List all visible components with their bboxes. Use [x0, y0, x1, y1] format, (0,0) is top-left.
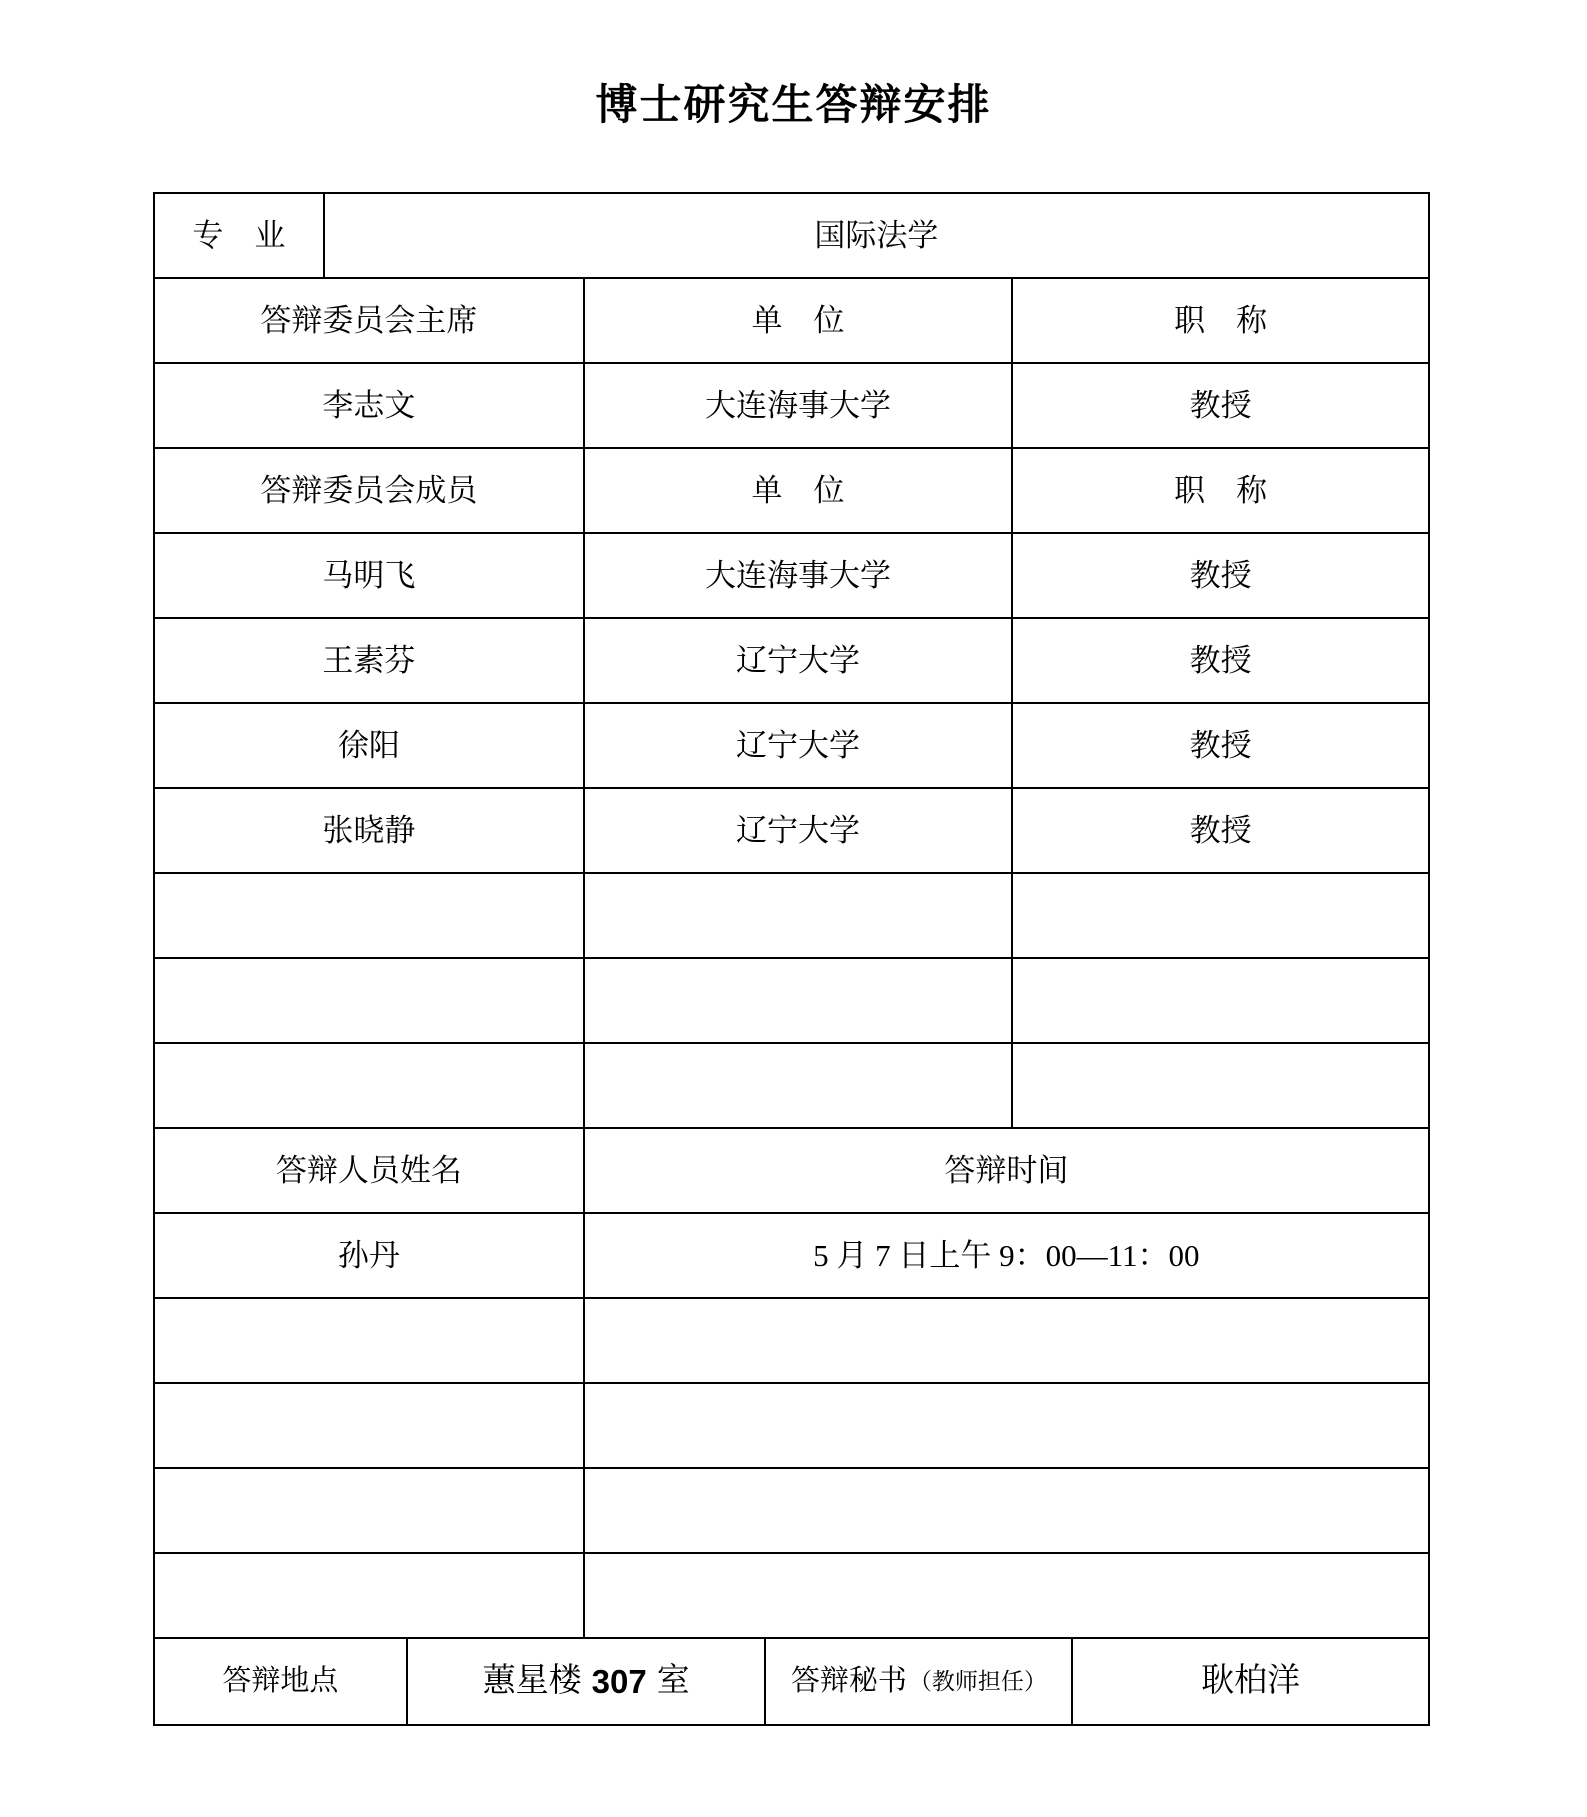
defense-name-cell	[155, 1469, 585, 1554]
title-cell: 教授	[1013, 704, 1430, 789]
title-header-cell: 职 称	[1013, 279, 1430, 364]
defense-row-empty	[155, 1469, 1430, 1554]
member-row-empty	[155, 959, 1430, 1044]
name-cell: 马明飞	[155, 534, 585, 619]
member-row: 张晓静 辽宁大学 教授	[155, 789, 1430, 874]
secretary-label: 答辩秘书	[791, 1664, 907, 1699]
defense-name-cell	[155, 1554, 585, 1639]
member-row: 马明飞 大连海事大学 教授	[155, 534, 1430, 619]
name-cell	[155, 874, 585, 959]
defense-time-header-cell: 答辩时间	[585, 1129, 1430, 1214]
defense-name-cell	[155, 1299, 585, 1384]
location-room-number: 307	[592, 1662, 647, 1702]
secretary-name-cell: 耿柏洋	[1073, 1639, 1430, 1726]
defense-time-cell	[585, 1384, 1430, 1469]
defense-row-empty	[155, 1299, 1430, 1384]
name-cell: 徐阳	[155, 704, 585, 789]
secretary-label-cell: 答辩秘书 （教师担任）	[766, 1639, 1073, 1726]
title-cell	[1013, 959, 1430, 1044]
location-value-cell: 蕙星楼 307 室	[408, 1639, 767, 1726]
title-cell: 教授	[1013, 619, 1430, 704]
defense-header-row: 答辩人员姓名 答辩时间	[155, 1129, 1430, 1214]
defense-time-cell: 5 月 7 日上午 9：00—11：00	[585, 1214, 1430, 1299]
member-row-empty	[155, 874, 1430, 959]
major-row: 专 业 国际法学	[155, 194, 1430, 279]
chair-row: 李志文 大连海事大学 教授	[155, 364, 1430, 449]
unit-cell: 大连海事大学	[585, 364, 1014, 449]
document-page: 博士研究生答辩安排 专 业 国际法学 答辩委员会主席 单 位 职 称 李志文 大…	[0, 0, 1587, 1817]
member-role-header-cell: 答辩委员会成员	[155, 449, 585, 534]
name-cell: 王素芬	[155, 619, 585, 704]
unit-cell: 辽宁大学	[585, 619, 1014, 704]
major-value-cell: 国际法学	[325, 194, 1430, 279]
defense-row-empty	[155, 1554, 1430, 1639]
defense-arrangement-table: 专 业 国际法学 答辩委员会主席 单 位 职 称 李志文 大连海事大学 教授 答…	[153, 192, 1430, 1726]
location-room-suffix: 室	[657, 1662, 690, 1702]
defense-name-cell	[155, 1384, 585, 1469]
title-header-cell: 职 称	[1013, 449, 1430, 534]
title-cell	[1013, 874, 1430, 959]
name-cell	[155, 1044, 585, 1129]
secretary-note: （教师担任）	[909, 1668, 1047, 1696]
title-cell	[1013, 1044, 1430, 1129]
name-cell	[155, 959, 585, 1044]
member-row-empty	[155, 1044, 1430, 1129]
defense-name-header-cell: 答辩人员姓名	[155, 1129, 585, 1214]
member-row: 徐阳 辽宁大学 教授	[155, 704, 1430, 789]
unit-cell	[585, 874, 1014, 959]
defense-name-cell: 孙丹	[155, 1214, 585, 1299]
location-building: 蕙星楼	[483, 1662, 582, 1702]
defense-time-cell	[585, 1554, 1430, 1639]
unit-header-cell: 单 位	[585, 449, 1014, 534]
chair-role-header-cell: 答辩委员会主席	[155, 279, 585, 364]
title-cell: 教授	[1013, 364, 1430, 449]
location-label-cell: 答辩地点	[155, 1639, 408, 1726]
title-cell: 教授	[1013, 789, 1430, 874]
title-cell: 教授	[1013, 534, 1430, 619]
page-title: 博士研究生答辩安排	[0, 0, 1587, 132]
unit-header-cell: 单 位	[585, 279, 1014, 364]
unit-cell	[585, 1044, 1014, 1129]
name-cell: 李志文	[155, 364, 585, 449]
member-header-row: 答辩委员会成员 单 位 职 称	[155, 449, 1430, 534]
defense-row-empty	[155, 1384, 1430, 1469]
member-row: 王素芬 辽宁大学 教授	[155, 619, 1430, 704]
unit-cell: 大连海事大学	[585, 534, 1014, 619]
unit-cell: 辽宁大学	[585, 789, 1014, 874]
defense-time-cell	[585, 1469, 1430, 1554]
unit-cell	[585, 959, 1014, 1044]
name-cell: 张晓静	[155, 789, 585, 874]
defense-row: 孙丹 5 月 7 日上午 9：00—11：00	[155, 1214, 1430, 1299]
defense-time-cell	[585, 1299, 1430, 1384]
major-label-cell: 专 业	[155, 194, 325, 279]
unit-cell: 辽宁大学	[585, 704, 1014, 789]
chair-header-row: 答辩委员会主席 单 位 职 称	[155, 279, 1430, 364]
footer-row: 答辩地点 蕙星楼 307 室 答辩秘书 （教师担任） 耿柏洋	[155, 1639, 1430, 1726]
